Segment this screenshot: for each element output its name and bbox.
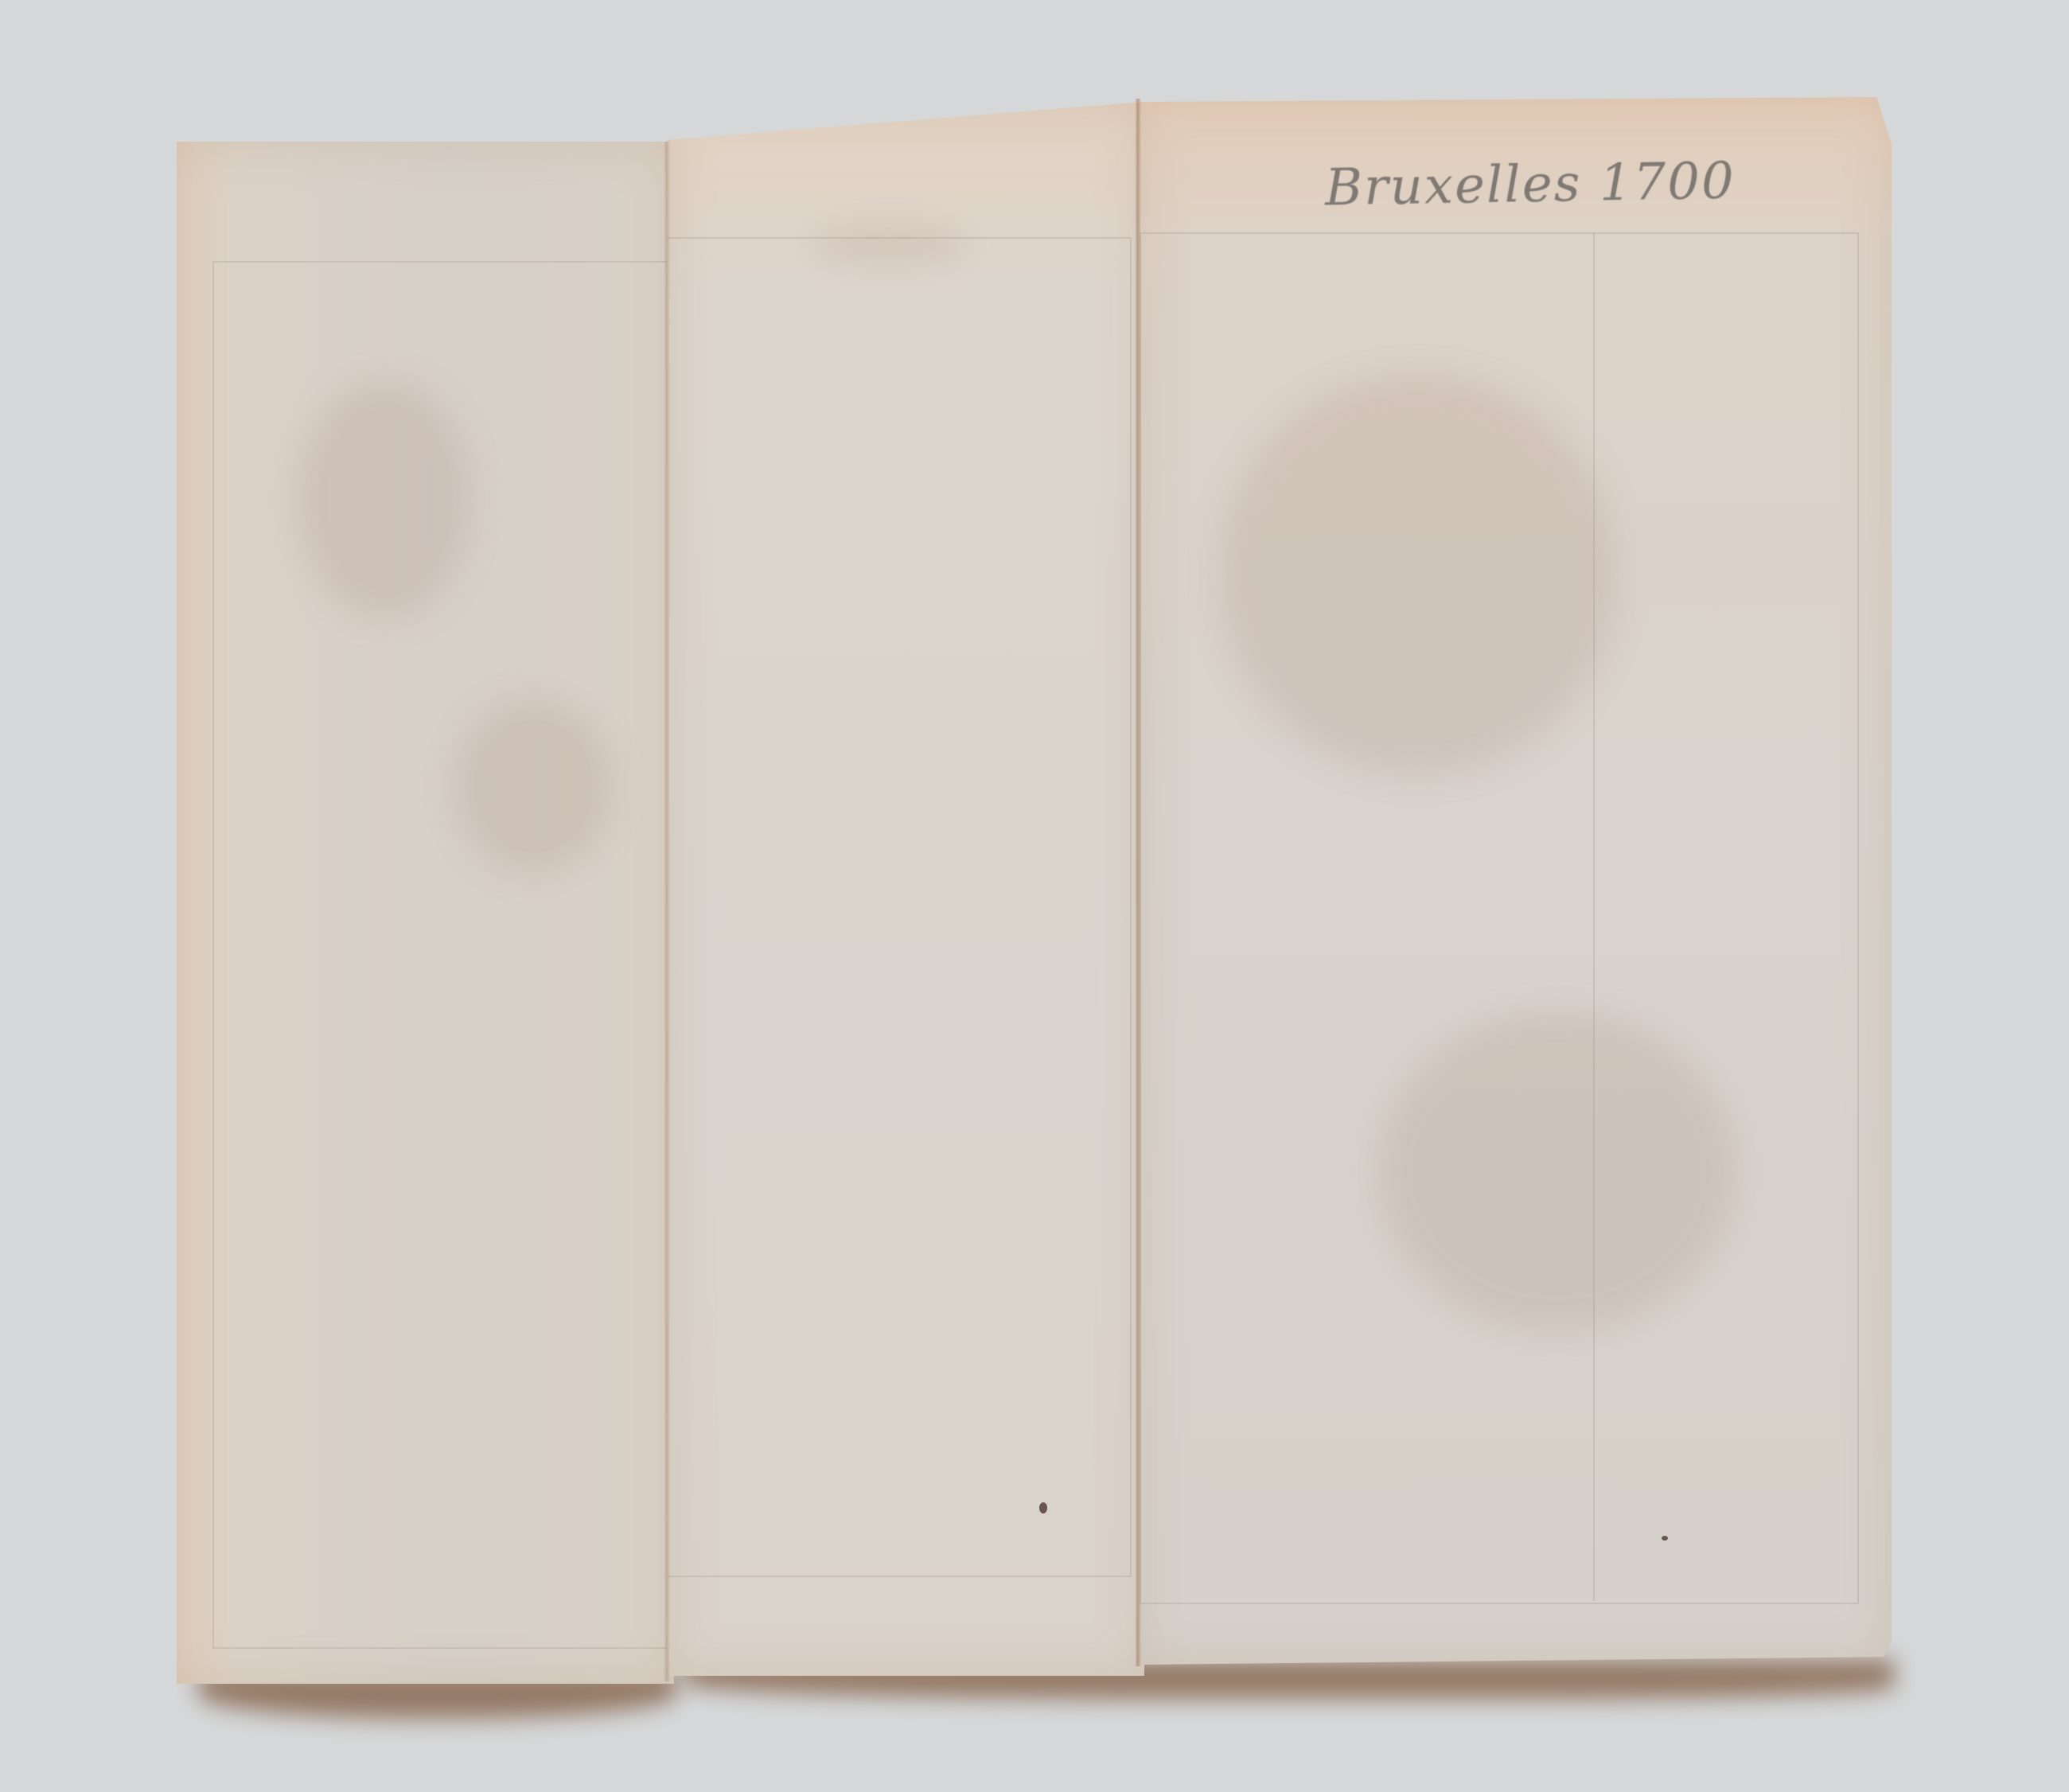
fold-crease-2 — [1135, 99, 1141, 1666]
pencil-annotation: Bruxelles 1700 — [1324, 152, 1736, 218]
ink-spot — [1662, 1536, 1668, 1541]
paper-panel-left — [177, 142, 674, 1684]
photo-scene: Bruxelles 1700 — [0, 0, 2069, 1792]
stain — [810, 229, 969, 261]
paper-panel-middle — [667, 102, 1144, 1676]
inner-frame-line — [1593, 232, 1595, 1601]
fold-crease-1 — [664, 142, 670, 1681]
stain — [455, 699, 614, 874]
paper-panel-right — [1140, 97, 1892, 1665]
stain — [1219, 376, 1617, 773]
plate-mark — [659, 237, 1132, 1577]
stain — [296, 380, 471, 619]
ink-spot — [1039, 1502, 1047, 1513]
stain — [1378, 1012, 1736, 1330]
